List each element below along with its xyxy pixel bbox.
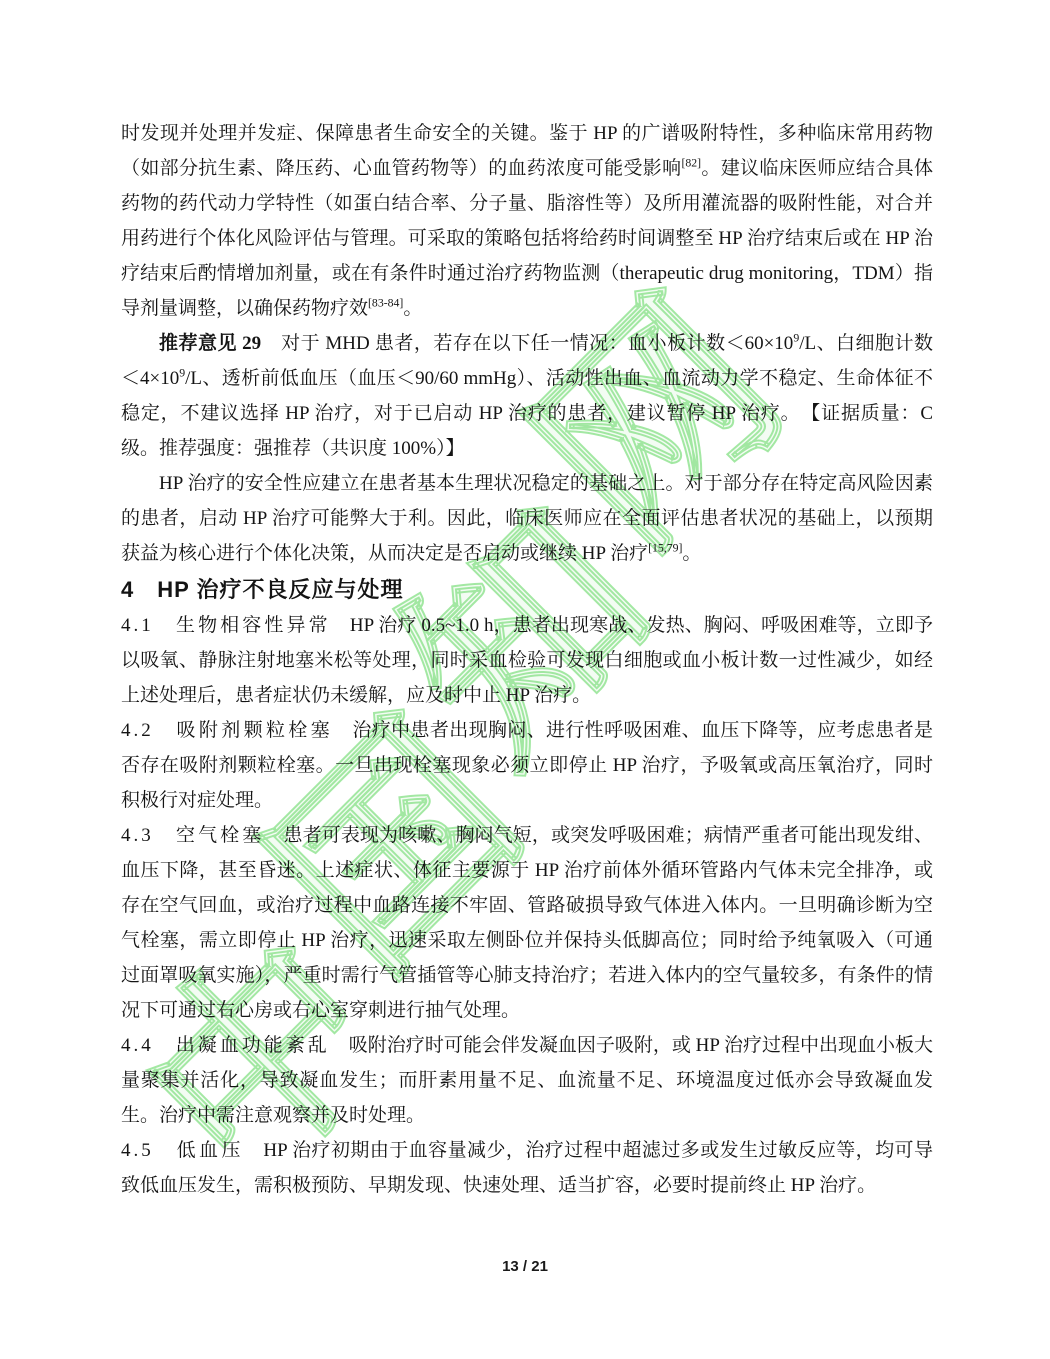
text-run: 。建议临床医师应结合具体药物的药代动力学特性（如蛋白结合率、分子量、脂溶性等）及…: [121, 158, 933, 319]
text-run: 对于 MHD 患者，若存在以下任一情况：血小板计数＜60×10: [261, 333, 793, 354]
citation-superscript: [82]: [681, 157, 701, 170]
section-label: 4.4 出凝血功能紊乱: [121, 1035, 330, 1056]
text-run: 患者可表现为咳嗽、胸闷气短，或突发呼吸困难；病情严重者可能出现发绀、血压下降，甚…: [121, 825, 933, 1021]
page-number-indicator: 13 / 21: [502, 1258, 548, 1275]
page-footer: 13 / 21: [0, 1258, 1050, 1276]
paragraph-safety-basis: HP 治疗的安全性应建立在患者基本生理状况稳定的基础之上。对于部分存在特定高风险…: [121, 466, 933, 571]
section-label: 4.2 吸附剂颗粒栓塞: [121, 720, 333, 741]
citation-superscript: [83-84]: [368, 297, 403, 310]
paragraph-4-1-biocompatibility: 4.1 生物相容性异常 HP 治疗 0.5~1.0 h，患者出现寒战、发热、胸闷…: [121, 608, 933, 713]
text-run: 4 HP 治疗不良反应与处理: [121, 577, 404, 602]
citation-superscript: [15,79]: [648, 542, 682, 555]
emphasis-text: 推荐意见 29: [159, 333, 261, 354]
section-label: 4.3 空气栓塞: [121, 825, 264, 846]
section-heading-4: 4 HP 治疗不良反应与处理: [121, 571, 933, 608]
text-run: /L、透析前低血压（血压＜90/60 mmHg）、活动性出血、血流动力学不稳定、…: [121, 368, 933, 459]
section-label: 4.5 低血压: [121, 1140, 244, 1161]
paragraph-4-2-particle-embolism: 4.2 吸附剂颗粒栓塞 治疗中患者出现胸闷、进行性呼吸困难、血压下降等，应考虑患…: [121, 713, 933, 818]
document-body: 时发现并处理并发症、保障患者生命安全的关键。鉴于 HP 的广谱吸附特性，多种临床…: [121, 116, 933, 1203]
text-run: HP 治疗的安全性应建立在患者基本生理状况稳定的基础之上。对于部分存在特定高风险…: [121, 473, 933, 564]
paragraph-4-5-hypotension: 4.5 低血压 HP 治疗初期由于血容量减少，治疗过程中超滤过多或发生过敏反应等…: [121, 1133, 933, 1203]
text-run: 。: [403, 298, 422, 319]
paragraph-4-3-air-embolism: 4.3 空气栓塞 患者可表现为咳嗽、胸闷气短，或突发呼吸困难；病情严重者可能出现…: [121, 818, 933, 1028]
paragraph-drug-adsorption: 时发现并处理并发症、保障患者生命安全的关键。鉴于 HP 的广谱吸附特性，多种临床…: [121, 116, 933, 326]
paragraph-4-4-coagulation-disorder: 4.4 出凝血功能紊乱 吸附治疗时可能会伴发凝血因子吸附，或 HP 治疗过程中出…: [121, 1028, 933, 1133]
section-label: 4.1 生物相容性异常: [121, 615, 331, 636]
document-page: 中国知网 时发现并处理并发症、保障患者生命安全的关键。鉴于 HP 的广谱吸附特性…: [0, 0, 1050, 1359]
text-run: 。: [682, 543, 701, 564]
paragraph-recommendation-29: 推荐意见 29 对于 MHD 患者，若存在以下任一情况：血小板计数＜60×109…: [121, 326, 933, 466]
